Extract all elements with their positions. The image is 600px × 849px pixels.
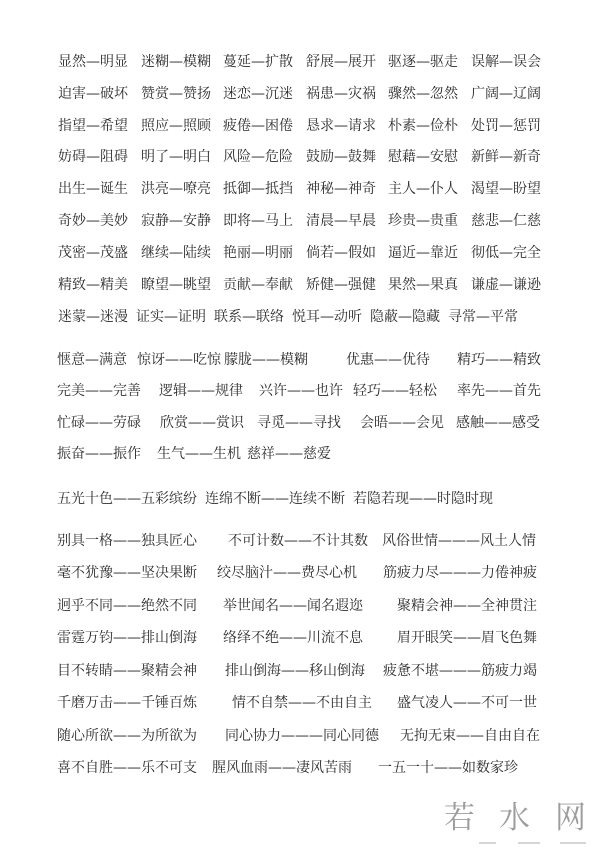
synonym-pair: 生气——生机 (157, 445, 241, 463)
synonym-pair: 迷糊—模糊 (141, 53, 211, 71)
synonym-pair: 联系—联络 (214, 308, 284, 326)
synonym-pair: 优惠——优待 (346, 351, 430, 369)
idiom-pair: 喜不自胜——乐不可支 (57, 759, 197, 777)
idiom-pair: 排山倒海——移山倒海 (225, 662, 365, 680)
synonym-pair: 妨碍—阻碍 (58, 148, 128, 166)
synonym-pair: 悦耳—动听 (292, 308, 362, 326)
synonym-row: 别具一格——独具匠心 不可计数——不计其数 风俗世情———风土人情 (0, 532, 600, 550)
synonym-row: 惬意—满意 惊讶——吃惊 朦胧——模糊 优惠——优待 精巧——精致 (0, 351, 600, 369)
synonym-row: 茂密—茂盛 继续—陆续 艳丽—明丽 倘若—假如 逼近—靠近 彻低—完全 (0, 244, 600, 262)
synonym-pair: 逼近—靠近 (388, 244, 458, 262)
synonym-pair: 迷蒙—迷漫 (58, 308, 128, 326)
idiom-pair: 眉开眼笑——眉飞色舞 (397, 629, 537, 647)
synonym-pair: 寻觅——寻找 (257, 414, 341, 432)
synonym-pair: 舒展—展开 (306, 53, 376, 71)
synonym-pair: 振奋——振作 (57, 445, 141, 463)
idiom-pair: 目不转睛——聚精会神 (57, 662, 197, 680)
idiom-pair: 绞尽脑汁——费尽心机 (217, 564, 357, 582)
synonym-pair: 贡献—奉献 (223, 276, 293, 294)
synonym-pair: 新鲜—新奇 (471, 148, 541, 166)
synonym-pair: 指望—希望 (58, 117, 128, 135)
synonym-pair: 明了—明白 (141, 148, 211, 166)
synonym-row: 迫害—破坏 赞赏—赞扬 迷恋—沉迷 祸患—灾祸 骤然—忽然 广阔—辽阔 (0, 85, 600, 103)
synonym-pair: 果然—果真 (388, 276, 458, 294)
idiom-pair: 络绎不绝——川流不息 (223, 629, 363, 647)
synonym-row: 迷蒙—迷漫 证实—证明 联系—联络 悦耳—动听 隐蔽—隐藏 寻常—平常 (0, 308, 600, 326)
idiom-pair: 别具一格——独具匠心 (57, 532, 197, 550)
synonym-pair: 处罚—惩罚 (471, 117, 541, 135)
watermark-char: 水 (499, 800, 530, 836)
watermark-char: 若 (444, 800, 475, 836)
synonym-pair: 彻低—完全 (471, 244, 541, 262)
synonym-pair: 矫健—强健 (306, 276, 376, 294)
idiom-pair: 风俗世情———风土人情 (382, 532, 536, 550)
synonym-pair: 精致—精美 (58, 276, 128, 294)
synonym-pair: 谦虚—谦逊 (471, 276, 541, 294)
synonym-pair: 恳求—请求 (306, 117, 376, 135)
synonym-pair: 倘若—假如 (306, 244, 376, 262)
synonym-pair: 迫害—破坏 (58, 85, 128, 103)
idiom-pair: 聚精会神——全神贯注 (397, 597, 537, 615)
synonym-row: 随心所欲——为所欲为 同心协力———同心同德 无拘无束——自由自在 (0, 727, 600, 745)
synonym-pair: 神秘—神奇 (306, 180, 376, 198)
synonym-pair: 忙碌——劳碌 (57, 414, 141, 432)
synonym-pair: 兴许——也许 (259, 382, 343, 400)
synonym-pair: 祸患—灾祸 (306, 85, 376, 103)
synonym-row: 忙碌——劳碌 欣赏——赏识 寻觅——寻找 会晤——会见 感触——感受 (0, 414, 600, 432)
synonym-row: 毫不犹豫——坚决果断 绞尽脑汁——费尽心机 筋疲力尽———力倦神疲 (0, 564, 600, 582)
synonym-pair: 感触——感受 (456, 414, 540, 432)
idiom-pair: 无拘无束——自由自在 (400, 727, 540, 745)
synonym-row: 精致—精美 瞭望—眺望 贡献—奉献 矫健—强健 果然—果真 谦虚—谦逊 (0, 276, 600, 294)
idiom-pair: 举世闻名——闻名遐迩 (223, 597, 363, 615)
synonym-pair: 寂静—安静 (141, 212, 211, 230)
synonym-pair: 继续—陆续 (141, 244, 211, 262)
idiom-pair: 疲惫不堪———筋疲力竭 (383, 662, 537, 680)
synonym-row: 奇妙—美妙 寂静—安静 即将—马上 清晨—早晨 珍贵—贵重 慈悲—仁慈 (0, 212, 600, 230)
watermark-subtext-mark (560, 842, 586, 844)
synonym-pair: 精巧——精致 (457, 351, 541, 369)
synonym-pair: 渴望—盼望 (471, 180, 541, 198)
idiom-pair: 不可计数——不计其数 (228, 532, 368, 550)
synonym-pair: 洪亮—嘹亮 (141, 180, 211, 198)
synonym-row: 雷霆万钧——排山倒海 络绎不绝——川流不息 眉开眼笑——眉飞色舞 (0, 629, 600, 647)
synonym-pair: 珍贵—贵重 (388, 212, 458, 230)
synonym-pair: 逻辑——规律 (159, 382, 243, 400)
synonym-pair: 完美——完善 (57, 382, 141, 400)
synonym-pair: 证实—证明 (136, 308, 206, 326)
synonym-pair: 蔓延—扩散 (223, 53, 293, 71)
synonym-pair: 奇妙—美妙 (58, 212, 128, 230)
idiom-pair: 腥风血雨——凄风苦雨 (212, 759, 352, 777)
synonym-pair: 惬意—满意 (57, 351, 127, 369)
idiom-pair: 筋疲力尽———力倦神疲 (383, 564, 537, 582)
synonym-row: 完美——完善 逻辑——规律 兴许——也许 轻巧——轻松 率先——首先 (0, 382, 600, 400)
synonym-pair: 慰藉—安慰 (388, 148, 458, 166)
synonym-pair: 抵御—抵挡 (223, 180, 293, 198)
synonym-pair: 欣赏——赏识 (160, 414, 244, 432)
idiom-pair: 随心所欲——为所欲为 (57, 727, 197, 745)
synonym-pair: 惊讶——吃惊 (137, 351, 221, 369)
watermark-subtext-mark (479, 842, 496, 844)
synonym-pair: 鼓励—鼓舞 (306, 148, 376, 166)
synonym-pair: 疲倦—困倦 (223, 117, 293, 135)
idiom-pair: 同心协力———同心同德 (225, 727, 379, 745)
idiom-pair: 迥乎不同——绝然不同 (57, 597, 197, 615)
idiom-pair: 五光十色——五彩缤纷 (57, 490, 197, 508)
idiom-pair: 毫不犹豫——坚决果断 (57, 564, 197, 582)
synonym-pair: 迷恋—沉迷 (223, 85, 293, 103)
synonym-pair: 寻常—平常 (448, 308, 518, 326)
synonym-row: 千磨万击——千锤百炼 情不自禁——不由自主 盛气凌人——不可一世 (0, 694, 600, 712)
idiom-pair: 一五一十——如数家珍 (378, 759, 518, 777)
synonym-pair: 主人—仆人 (388, 180, 458, 198)
synonym-pair: 显然—明显 (58, 53, 128, 71)
synonym-pair: 赞赏—赞扬 (141, 85, 211, 103)
synonym-pair: 清晨—早晨 (306, 212, 376, 230)
synonym-pair: 率先——首先 (457, 382, 541, 400)
watermark-char: 网 (555, 800, 586, 836)
synonym-pair: 骤然—忽然 (388, 85, 458, 103)
synonym-pair: 隐蔽—隐藏 (370, 308, 440, 326)
synonym-pair: 出生—诞生 (58, 180, 128, 198)
synonym-pair: 误解—误会 (471, 53, 541, 71)
synonym-pair: 慈祥——慈爱 (247, 445, 331, 463)
synonym-pair: 广阔—辽阔 (471, 85, 541, 103)
synonym-pair: 即将—马上 (223, 212, 293, 230)
synonym-pair: 茂密—茂盛 (58, 244, 128, 262)
synonym-row: 出生—诞生 洪亮—嘹亮 抵御—抵挡 神秘—神奇 主人—仆人 渴望—盼望 (0, 180, 600, 198)
idiom-pair: 若隐若现——时隐时现 (353, 490, 493, 508)
synonym-row: 妨碍—阻碍 明了—明白 风险—危险 鼓励—鼓舞 慰藉—安慰 新鲜—新奇 (0, 148, 600, 166)
synonym-pair: 慈悲—仁慈 (471, 212, 541, 230)
synonym-pair: 驱逐—驱走 (388, 53, 458, 71)
synonym-row: 指望—希望 照应—照顾 疲倦—困倦 恳求—请求 朴素—俭朴 处罚—惩罚 (0, 117, 600, 135)
synonym-row: 迥乎不同——绝然不同 举世闻名——闻名遐迩 聚精会神——全神贯注 (0, 597, 600, 615)
synonym-row: 目不转睛——聚精会神 排山倒海——移山倒海 疲惫不堪———筋疲力竭 (0, 662, 600, 680)
watermark-subtext-mark (518, 842, 540, 844)
synonym-pair: 朴素—俭朴 (388, 117, 458, 135)
synonym-pair: 瞭望—眺望 (141, 276, 211, 294)
idiom-pair: 连绵不断——连续不断 (205, 490, 345, 508)
synonym-row: 振奋——振作 生气——生机 慈祥——慈爱 (0, 445, 600, 463)
idiom-pair: 千磨万击——千锤百炼 (57, 694, 197, 712)
synonym-pair: 轻巧——轻松 (353, 382, 437, 400)
synonym-row: 喜不自胜——乐不可支 腥风血雨——凄风苦雨 一五一十——如数家珍 (0, 759, 600, 777)
synonym-pair: 会晤——会见 (360, 414, 444, 432)
synonym-pair: 风险—危险 (223, 148, 293, 166)
idiom-pair: 雷霆万钧——排山倒海 (57, 629, 197, 647)
synonym-pair: 朦胧——模糊 (224, 351, 308, 369)
synonym-pair: 艳丽—明丽 (223, 244, 293, 262)
synonym-row: 五光十色——五彩缤纷 连绵不断——连续不断 若隐若现——时隐时现 (0, 490, 600, 508)
idiom-pair: 情不自禁——不由自主 (232, 694, 372, 712)
idiom-pair: 盛气凌人——不可一世 (397, 694, 537, 712)
synonym-row: 显然—明显 迷糊—模糊 蔓延—扩散 舒展—展开 驱逐—驱走 误解—误会 (0, 53, 600, 71)
synonym-pair: 照应—照顾 (141, 117, 211, 135)
